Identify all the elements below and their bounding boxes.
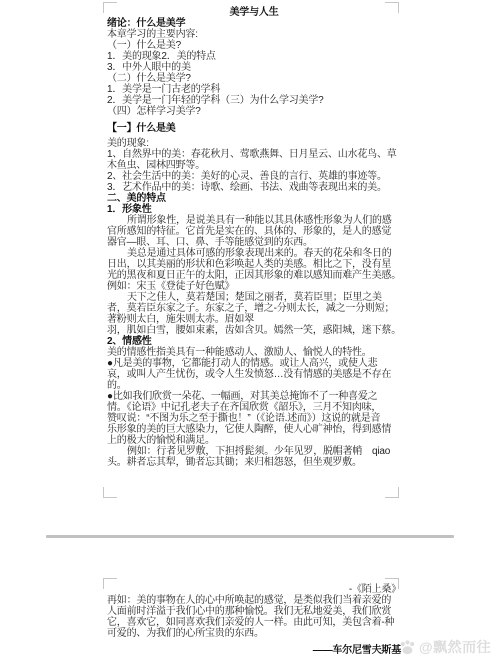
document-page-2: -《陌上桑》再如：美的事物在人的心中所唤起的感觉，是类似我们当着亲爱的人面前时洋…: [107, 584, 401, 656]
text-line: 羽，肌如白雪，腰如束素，齿如含贝。嫣然一笑，惑阳城，迷下蔡。: [107, 325, 401, 336]
text-line: 美总是通过具体可感的形象表现出来的。春天的花朵和冬日的: [107, 248, 401, 259]
text-line: 美的现象:: [107, 138, 401, 149]
text-line: ●比如我们欣赏一朵花、一幅画，对其美总掩饰不了一种喜爱之: [107, 391, 401, 402]
text-line: 光的黑夜和夏日正午的太阳，正因其形象的难以感知而难产生美感。: [107, 270, 401, 281]
text-line: 美的情感性指美具有一种能感动人、激励人、愉悦人的特性。: [107, 347, 401, 358]
text-line: 器官—眼、耳、口、鼻、手等能感觉到的东西。: [107, 237, 401, 248]
text-line: 情。《论语》中记孔老夫子在齐国欣赏《韶乐》，三月不知肉味，: [107, 402, 401, 413]
margin-corner-mark: [385, 487, 399, 498]
text-line: 例如：宋玉《登徒子好色赋》: [107, 281, 401, 292]
document-canvas: 美学与人生绪论：什么是美学本章学习的主要内容:（一）什么是美?1．美的现象2．美…: [0, 0, 500, 667]
text-line: 1．美学是一门古老的学科: [107, 84, 401, 95]
text-line: 2、社会生活中的美：美好的心灵、善良的言行、英雄的事迹等。: [107, 171, 401, 182]
text-line: 再如：美的事物在人的心中所唤起的感觉，是类似我们当着亲爱的: [107, 595, 401, 606]
text-line: （二）什么是美学?: [107, 73, 401, 84]
heading-line: 绪论：什么是美学: [107, 18, 401, 29]
text-line: 木鱼虫、园林四野等。: [107, 160, 401, 171]
text-line: 乐形象的美的巨大感染力，它使人陶醉，使人心旷神怡，得到感情: [107, 424, 401, 435]
text-line: -《陌上桑》: [107, 584, 401, 595]
text-line: 所谓形象性，是说美具有一种能以其具体感性形象为人们的感: [107, 215, 401, 226]
text-line: 日出，以其美丽的形状和色彩唤起人类的美感。相比之下，没有星: [107, 259, 401, 270]
heading-line: 【一】什么是美: [107, 123, 401, 134]
watermark-paw-icon: [399, 639, 416, 656]
watermark-handle: @飘然而往: [419, 637, 491, 657]
heading-line: ——车尔尼雪夫斯基: [107, 645, 401, 656]
text-line: 上的极大的愉悦和满足。: [107, 435, 401, 446]
text-line: 它，喜欢它，如同喜欢我们亲爱的人一样。由此可知，美包含着-种: [107, 617, 401, 628]
heading-line: 二、美的特点: [107, 193, 401, 204]
margin-corner-mark: [103, 487, 117, 498]
text-line: （四）怎样学习美学?: [107, 106, 401, 117]
text-line: 著粉则太白，施朱则太赤。眉如翠: [107, 314, 401, 325]
text-line: 赞叹说：“不图为乐之至于撕也！”（《论语.述而》）这说的就是音: [107, 413, 401, 424]
heading-line: 2、情感性: [107, 336, 401, 347]
text-line: 哀，或叫人产生忧伤，或令人生发愤怒…没有情感的美感是不存在: [107, 369, 401, 380]
document-page-1: 美学与人生绪论：什么是美学本章学习的主要内容:（一）什么是美?1．美的现象2．美…: [107, 7, 401, 468]
text-line: 头。耕者忘其犁，锄者忘其锄；来归相怨怒，但坐观罗敷。: [107, 457, 401, 468]
heading-line: 美学与人生: [107, 7, 401, 18]
text-line: （一）什么是美?: [107, 40, 401, 51]
text-line: 官所感知的特征。它首先是实在的、具体的、形象的，是人的感觉: [107, 226, 401, 237]
text-line: 可爱的、为我们的心所宝贵的东西。: [107, 628, 401, 639]
text-line: 3．中外人眼中的美: [107, 62, 401, 73]
text-line: 3．艺术作品中的美：诗歌、绘画、书法、戏曲等表现出来的美。: [107, 182, 401, 193]
text-line: 本章学习的主要内容:: [107, 29, 401, 40]
text-line: 人面前时洋溢于我们心中的那种愉悦。我们无私地爱美，我们欣赏: [107, 606, 401, 617]
watermark: @飘然而往: [399, 637, 491, 657]
heading-line: 1．形象性: [107, 204, 401, 215]
text-line: 1、自然界中的美：春花秋月、莺歌燕舞、日月星云、山水花鸟、草: [107, 149, 401, 160]
text-line: 2．美学是一门年轻的学科（三）为什么学习美学?: [107, 95, 401, 106]
page-break-divider: [46, 535, 454, 538]
text-line: 1．美的现象2．美的特点: [107, 51, 401, 62]
text-line: 者，莫若臣东家之子。东家之子，增之-分则太长，减之一分则短；: [107, 303, 401, 314]
text-line: 例如：行者见罗敷，下担捋髭须。少年见罗，脱帽著帩 qiao: [107, 446, 401, 457]
text-line: ●凡是美的事物，它都能打动人的情感。或让人高兴，或使人悲: [107, 358, 401, 369]
text-line: 的。: [107, 380, 401, 391]
text-line: 天下之佳人，莫若楚国；楚国之丽者，莫若臣里；臣里之美: [107, 292, 401, 303]
